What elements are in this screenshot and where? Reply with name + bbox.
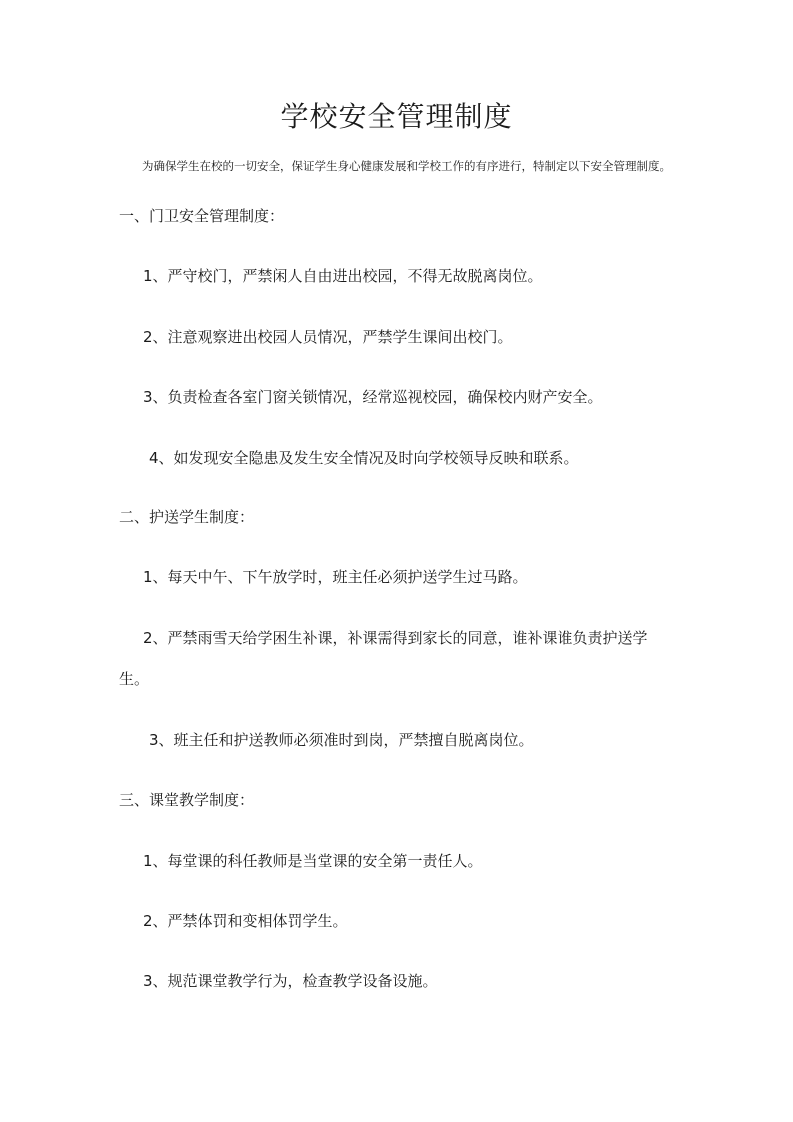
section-heading-escort-students: 二、护送学生制度： [119,510,254,525]
list-item: 3、规范课堂教学行为，检查教学设备设施。 [143,974,438,989]
intro-paragraph: 为确保学生在校的一切安全，保证学生身心健康发展和学校工作的有序进行，特制定以下安… [0,161,793,173]
list-item: 1、每堂课的科任教师是当堂课的安全第一责任人。 [143,854,483,869]
list-item: 3、负责检查各室门窗关锁情况，经常巡视校园，确保校内财产安全。 [143,390,603,405]
list-item: 2、注意观察进出校园人员情况，严禁学生课间出校门。 [143,330,513,345]
list-item: 1、每天中午、下午放学时，班主任必须护送学生过马路。 [143,570,528,585]
section-heading-classroom-teaching: 三、课堂教学制度： [119,793,254,808]
list-item: 2、严禁体罚和变相体罚学生。 [143,914,348,929]
list-item-continuation: 生。 [119,672,149,687]
list-item: 3、班主任和护送教师必须准时到岗，严禁擅自脱离岗位。 [149,733,534,748]
document-title: 学校安全管理制度 [0,103,793,131]
list-item: 1、严守校门，严禁闲人自由进出校园，不得无故脱离岗位。 [143,269,543,284]
list-item: 2、严禁雨雪天给学困生补课，补课需得到家长的同意，谁补课谁负责护送学 [143,631,648,646]
section-heading-gate-security: 一、门卫安全管理制度： [119,209,284,224]
list-item: 4、如发现安全隐患及发生安全情况及时向学校领导反映和联系。 [149,451,579,466]
